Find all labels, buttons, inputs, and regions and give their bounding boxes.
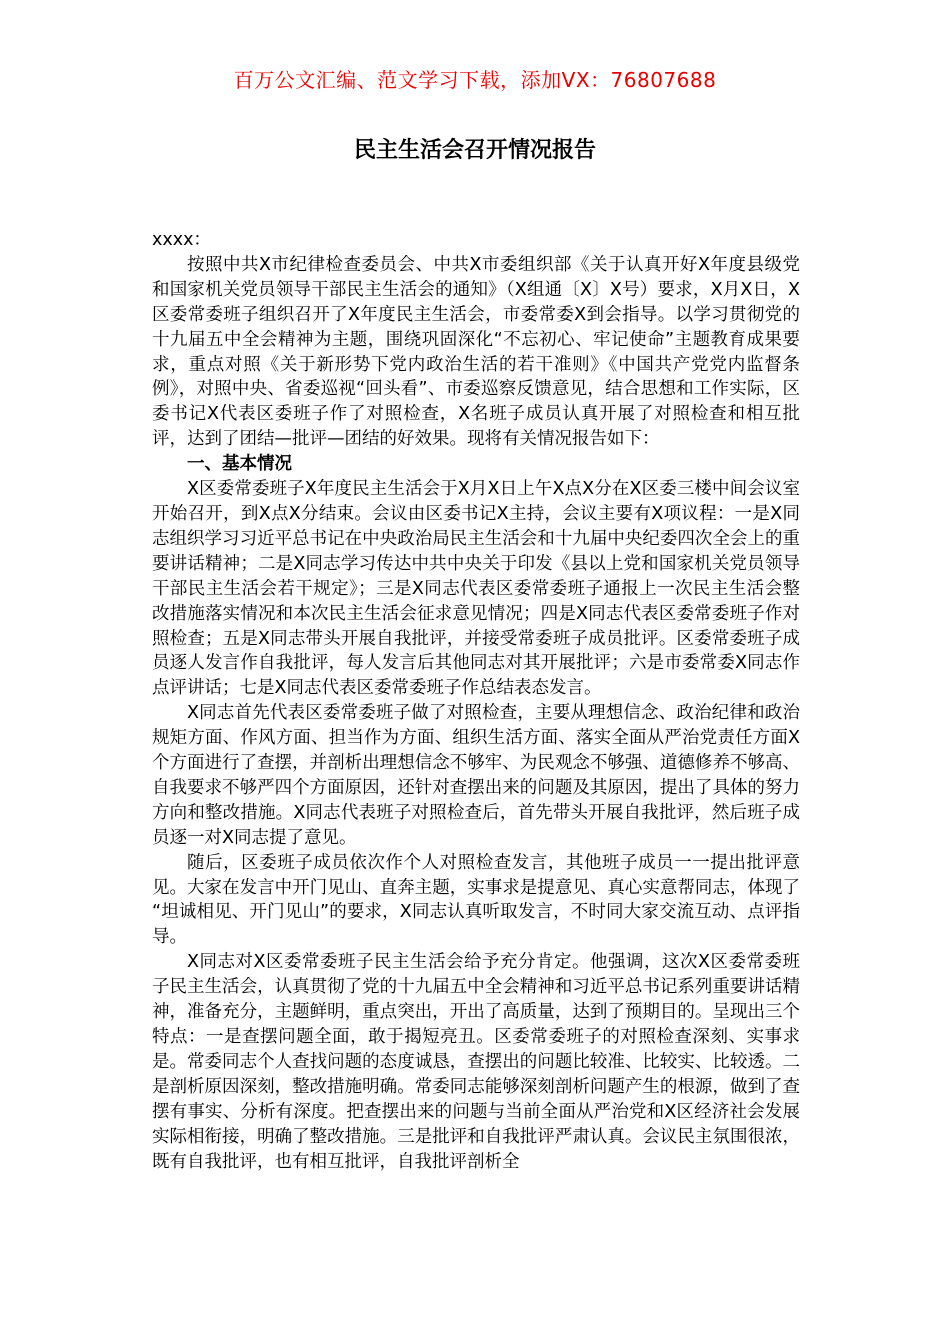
paragraph-self-examination: X同志首先代表区委常委班子做了对照检查，主要从理想信念、政治纪律和政治规矩方面、… — [152, 701, 800, 850]
watermark-promo-line: 百万公文汇编、范文学习下载，添加VX：76807688 — [0, 66, 950, 94]
section-heading-basic-situation: 一、基本情况 — [152, 452, 800, 477]
document-body: xxxx： 按照中共X市纪律检查委员会、中共X市委组织部《关于认真开好X年度县级… — [152, 228, 800, 1174]
document-page: 百万公文汇编、范文学习下载，添加VX：76807688 民主生活会召开情况报告 … — [0, 0, 950, 1344]
paragraph-meeting-overview: X区委常委班子X年度民主生活会于X月X日上午X点X分在X区委三楼中间会议室开始召… — [152, 477, 800, 701]
document-title: 民主生活会召开情况报告 — [0, 136, 950, 166]
paragraph-evaluation: X同志对X区委常委班子民主生活会给予充分肯定。他强调，这次X区委常委班子民主生活… — [152, 950, 800, 1174]
paragraph-member-remarks: 随后，区委班子成员依次作个人对照检查发言，其他班子成员一一提出批评意见。大家在发… — [152, 851, 800, 951]
salutation-line: xxxx： — [152, 228, 800, 253]
paragraph-opening: 按照中共X市纪律检查委员会、中共X市委组织部《关于认真开好X年度县级党和国家机关… — [152, 253, 800, 452]
